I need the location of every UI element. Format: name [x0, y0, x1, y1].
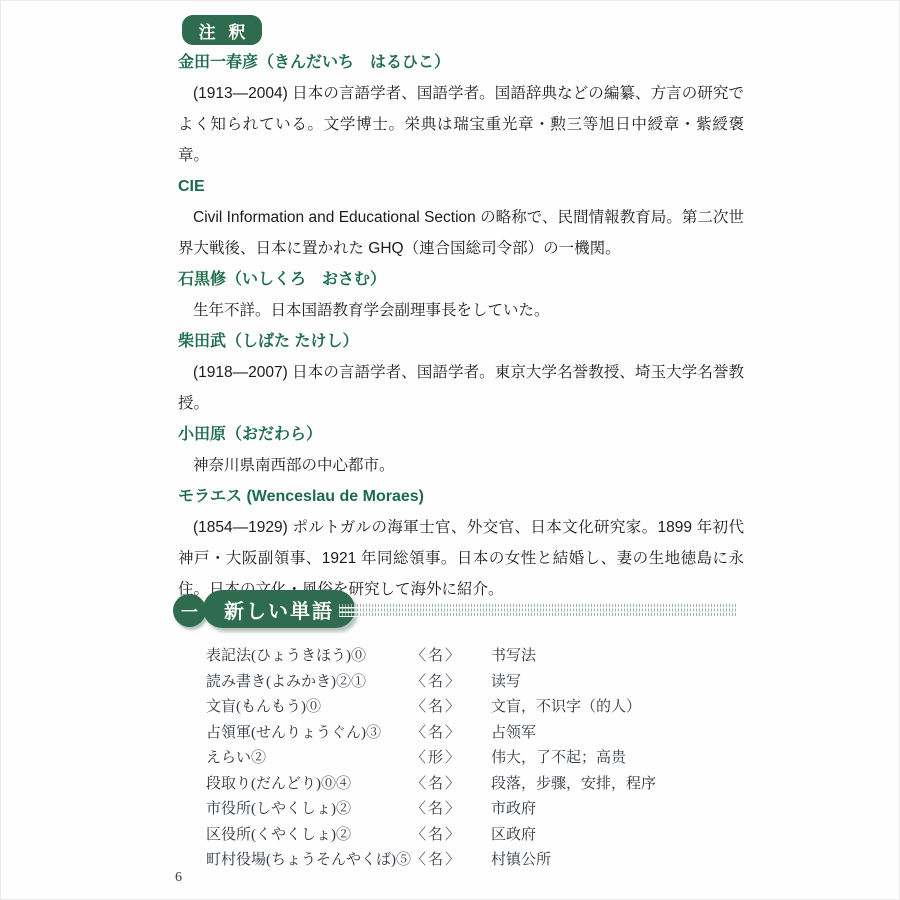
vocab-meaning: 村镇公所 [491, 848, 746, 874]
vocab-word: 市役所(しやくしょ)② [206, 797, 411, 823]
vocab-meaning: 读写 [491, 670, 746, 696]
annotation-term: モラエス (Wenceslau de Moraes) [178, 481, 744, 512]
vocab-row: 段取り(だんどり)⓪④ 〈名〉 段落，步骤，安排，程序 [206, 772, 746, 798]
annotation-term: CIE [178, 171, 744, 202]
vocab-section-header: 一 新しい単語 [173, 590, 743, 632]
annotation-term: 小田原（おだわら） [178, 419, 744, 450]
annotations-section: 金田一春彦（きんだいち はるひこ） (1913—2004) 日本の言語学者、国語… [178, 47, 744, 605]
vocab-row: 読み書き(よみかき)②① 〈名〉 读写 [206, 670, 746, 696]
vocab-word: 文盲(もんもう)⓪ [206, 695, 411, 721]
annotation-description: 生年不詳。日本国語教育学会副理事長をしていた。 [178, 295, 744, 326]
vocab-meaning: 伟大，了不起；高贵 [491, 746, 746, 772]
vocab-row: 文盲(もんもう)⓪ 〈名〉 文盲，不识字（的人） [206, 695, 746, 721]
vocab-list: 表記法(ひょうきほう)⓪ 〈名〉 书写法 読み書き(よみかき)②① 〈名〉 读写… [206, 644, 746, 874]
vocab-row: 区役所(くやくしょ)② 〈名〉 区政府 [206, 823, 746, 849]
annotation-entry: CIE Civil Information and Educational Se… [178, 171, 744, 264]
vocab-word: えらい② [206, 746, 411, 772]
vocab-pos: 〈名〉 [411, 797, 491, 823]
vocab-pos: 〈名〉 [411, 644, 491, 670]
section-title-pill: 新しい単語 [203, 590, 355, 628]
vocab-pos: 〈形〉 [411, 746, 491, 772]
annotation-term: 柴田武（しばた たけし） [178, 326, 744, 357]
vocab-meaning: 占领军 [491, 721, 746, 747]
vocab-word: 区役所(くやくしょ)② [206, 823, 411, 849]
annotation-entry: 小田原（おだわら） 神奈川県南西部の中心都市。 [178, 419, 744, 481]
vocab-pos: 〈名〉 [411, 721, 491, 747]
vocab-pos: 〈名〉 [411, 670, 491, 696]
annotation-entry: 柴田武（しばた たけし） (1918—2007) 日本の言語学者、国語学者。東京… [178, 326, 744, 419]
annotation-entry: 石黒修（いしくろ おさむ） 生年不詳。日本国語教育学会副理事長をしていた。 [178, 264, 744, 326]
annotation-entry: 金田一春彦（きんだいち はるひこ） (1913—2004) 日本の言語学者、国語… [178, 47, 744, 171]
annotation-description: (1918—2007) 日本の言語学者、国語学者。東京大学名誉教授、埼玉大学名誉… [178, 357, 744, 419]
annotation-term: 金田一春彦（きんだいち はるひこ） [178, 47, 744, 78]
section-number-badge: 一 [173, 594, 206, 627]
vocab-row: 表記法(ひょうきほう)⓪ 〈名〉 书写法 [206, 644, 746, 670]
vocab-row: 町村役場(ちょうそんやくば)⑤ 〈名〉 村镇公所 [206, 848, 746, 874]
annotations-badge: 注 釈 [182, 15, 262, 45]
vocab-pos: 〈名〉 [411, 772, 491, 798]
vocab-pos: 〈名〉 [411, 695, 491, 721]
page-number: 6 [175, 870, 182, 886]
vocab-pos: 〈名〉 [411, 823, 491, 849]
vocab-word: 占領軍(せんりょうぐん)③ [206, 721, 411, 747]
vocab-pos: 〈名〉 [411, 848, 491, 874]
dotted-rule [339, 604, 738, 617]
vocab-meaning: 市政府 [491, 797, 746, 823]
vocab-row: 占領軍(せんりょうぐん)③ 〈名〉 占领军 [206, 721, 746, 747]
vocab-meaning: 书写法 [491, 644, 746, 670]
annotation-description: Civil Information and Educational Sectio… [178, 202, 744, 264]
vocab-word: 読み書き(よみかき)②① [206, 670, 411, 696]
vocab-row: えらい② 〈形〉 伟大，了不起；高贵 [206, 746, 746, 772]
vocab-word: 段取り(だんどり)⓪④ [206, 772, 411, 798]
textbook-page: 注 釈 金田一春彦（きんだいち はるひこ） (1913—2004) 日本の言語学… [0, 0, 900, 900]
annotation-description: 神奈川県南西部の中心都市。 [178, 450, 744, 481]
annotation-entry: モラエス (Wenceslau de Moraes) (1854—1929) ポ… [178, 481, 744, 605]
vocab-meaning: 文盲，不识字（的人） [491, 695, 746, 721]
vocab-word: 町村役場(ちょうそんやくば)⑤ [206, 848, 411, 874]
annotation-term: 石黒修（いしくろ おさむ） [178, 264, 744, 295]
annotation-description: (1913—2004) 日本の言語学者、国語学者。国語辞典などの編纂、方言の研究… [178, 78, 744, 171]
vocab-meaning: 段落，步骤，安排，程序 [491, 772, 746, 798]
vocab-word: 表記法(ひょうきほう)⓪ [206, 644, 411, 670]
vocab-meaning: 区政府 [491, 823, 746, 849]
vocab-row: 市役所(しやくしょ)② 〈名〉 市政府 [206, 797, 746, 823]
